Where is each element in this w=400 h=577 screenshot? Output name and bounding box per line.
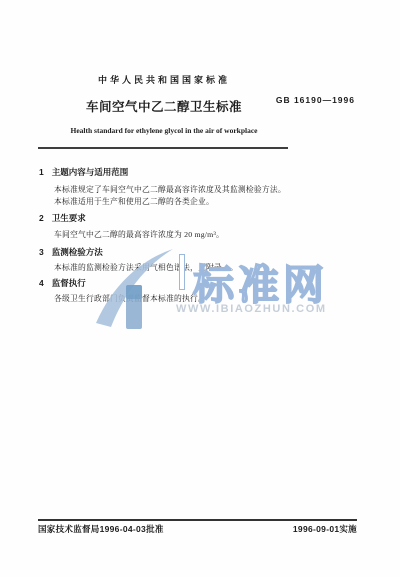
document-title: 车间空气中乙二醇卫生标准	[38, 97, 290, 115]
section-3-paragraph-1: 本标准的监测检验方法采用气相色谱法，见附录 A。	[54, 262, 238, 273]
section-1-paragraph-1: 本标准规定了车间空气中乙二醇最高容许浓度及其监测检验方法。	[54, 184, 286, 195]
watermark-url: WWW.IBIAOZHUN.COM	[176, 303, 327, 315]
section-title: 卫生要求	[52, 213, 86, 223]
watermark-brand-text: 标准网	[193, 252, 328, 311]
ibiaozhun-logo-icon	[95, 247, 175, 331]
section-title: 监测检验方法	[52, 247, 103, 257]
header-rule	[38, 147, 288, 149]
footer-implementation: 1996-09-01实施	[293, 523, 357, 535]
section-2-paragraph-1: 车间空气中乙二醇的最高容许浓度为 20 mg/m³。	[54, 229, 224, 240]
section-1-paragraph-2: 本标准适用于生产和使用乙二醇的各类企业。	[54, 196, 214, 207]
section-4-heading: 4监督执行	[39, 277, 86, 289]
section-title: 监督执行	[52, 278, 86, 288]
national-standard-label: 中华人民共和国国家标准	[38, 73, 290, 86]
standard-document-page: 中华人民共和国国家标准 GB 16190—1996 车间空气中乙二醇卫生标准 H…	[0, 0, 400, 577]
section-3-heading: 3监测检验方法	[39, 246, 103, 258]
footer-rule	[38, 519, 357, 521]
footer-approval: 国家技术监督局1996-04-03批准	[38, 523, 164, 535]
section-1-heading: 1主题内容与适用范围	[39, 166, 128, 178]
section-number: 3	[39, 247, 44, 257]
section-number: 4	[39, 278, 44, 288]
section-number: 2	[39, 213, 44, 223]
section-2-heading: 2卫生要求	[39, 212, 86, 224]
section-number: 1	[39, 167, 44, 177]
section-4-paragraph-1: 各级卫生行政部门负责监督本标准的执行。	[54, 293, 206, 304]
document-subtitle-english: Health standard for ethylene glycol in t…	[38, 126, 290, 135]
section-title: 主题内容与适用范围	[52, 167, 129, 177]
